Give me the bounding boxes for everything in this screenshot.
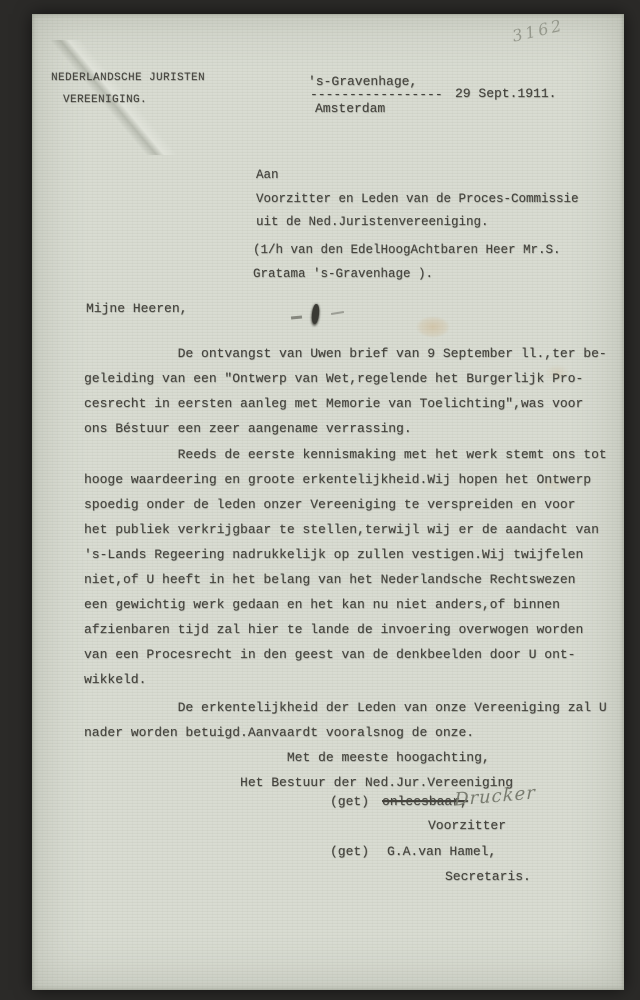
dateline-date: 29 Sept.1911. (455, 87, 556, 102)
recipient-address-block: Aan Voorzitter en Leden van de Proces-Co… (256, 164, 579, 235)
ink-smudge-dash (331, 311, 344, 315)
body-paragraph-3: De erkentelijkheid der Leden van onze Ve… (84, 695, 607, 745)
scan-background: { "colors": { "mat": "#2b2a28", "paper":… (0, 0, 640, 1000)
signature-title-secretaris: Secretaris. (445, 870, 531, 885)
letterhead-org-line1: NEDERLANDSCHE JURISTEN (51, 72, 205, 85)
letterhead-org-line2: VEREENIGING. (63, 94, 147, 107)
signature-title-voorzitter: Voorzitter (428, 819, 506, 834)
salutation: Mijne Heeren, (86, 302, 187, 317)
signature-handwritten-drucker: Drucker (454, 783, 536, 811)
signature-get-label: (get) (330, 795, 369, 810)
archival-number-annotation: 3162 (511, 16, 567, 46)
dateline-place-printed: Amsterdam (315, 102, 385, 117)
body-paragraph-1: De ontvangst van Uwen brief van 9 Septem… (84, 341, 607, 441)
closing-block: Met de meeste hoogachting, Het Bestuur d… (84, 745, 513, 795)
recipient-care-of-block: (1/h van den EdelHoogAchtbaren Heer Mr.S… (253, 238, 561, 286)
letter-paper: 3162 NEDERLANDSCHE JURISTEN VEREENIGING.… (32, 14, 624, 990)
ink-smudge-blob (311, 304, 320, 325)
signature-name-van-hamel: G.A.van Hamel, (387, 845, 496, 860)
paper-stain (416, 316, 450, 338)
ink-smudge-mark (291, 303, 371, 333)
ink-smudge-dash (291, 316, 302, 319)
body-paragraph-2: Reeds de eerste kennismaking met het wer… (84, 442, 607, 692)
signature-get-label: (get) (330, 845, 369, 860)
